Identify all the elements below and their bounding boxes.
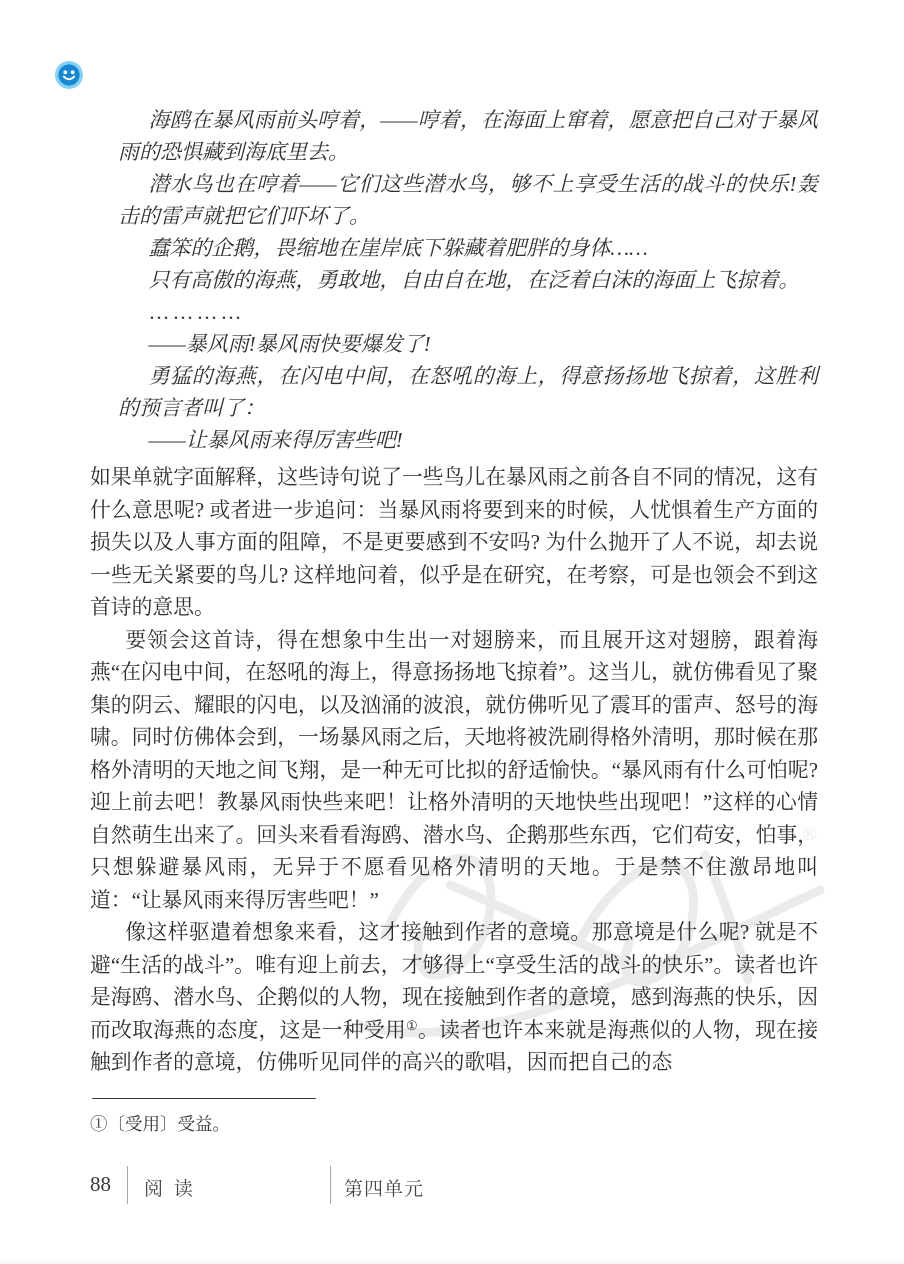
section-label: 阅 读 bbox=[144, 1174, 196, 1201]
quote-line: 潜水鸟也在哼着——它们这些潜水鸟，够不上享受生活的战斗的快乐!轰击的雷声就把它们… bbox=[118, 168, 818, 232]
body-text: 如果单就字面解释，这些诗句说了一些鸟儿在暴风雨之前各自不同的情况，这有什么意思呢… bbox=[90, 462, 818, 1080]
quote-line: 勇猛的海燕，在闪电中间，在怒吼的海上，得意扬扬地飞掠着，这胜利的预言者叫了： bbox=[118, 360, 818, 424]
page-content: 海鸥在暴风雨前头哼着，——哼着，在海面上窜着，愿意把自己对于暴风雨的恐惧藏到海底… bbox=[90, 104, 818, 1136]
footnote-ref-marker: ① bbox=[406, 1018, 418, 1033]
poem-quote-block: 海鸥在暴风雨前头哼着，——哼着，在海面上窜着，愿意把自己对于暴风雨的恐惧藏到海底… bbox=[118, 104, 818, 456]
body-paragraph: 要领会这首诗，得在想象中生出一对翅膀来，而且展开这对翅膀，跟着海燕“在闪电中间，… bbox=[90, 625, 818, 918]
page-edge-shadow bbox=[0, 1258, 904, 1264]
footnote-divider bbox=[92, 1098, 316, 1099]
page-footer: 88 阅 读 第四单元 bbox=[90, 1168, 820, 1204]
body-paragraph: 如果单就字面解释，这些诗句说了一些鸟儿在暴风雨之前各自不同的情况，这有什么意思呢… bbox=[90, 462, 818, 625]
textbook-page: ® 海鸥在暴风雨前头哼着，——哼着，在海面上窜着，愿意把自己对于暴风雨的恐惧藏到… bbox=[0, 0, 904, 1264]
quote-line: 海鸥在暴风雨前头哼着，——哼着，在海面上窜着，愿意把自己对于暴风雨的恐惧藏到海底… bbox=[118, 104, 818, 168]
body-paragraph: 像这样驱遣着想象来看，这才接触到作者的意境。那意境是什么呢? 就是不避“生活的战… bbox=[90, 917, 818, 1080]
quote-line: ——暴风雨!暴风雨快要爆发了! bbox=[118, 328, 818, 360]
footer-divider bbox=[330, 1166, 331, 1204]
quote-line: 蠢笨的企鹅，畏缩地在崖岸底下躲藏着肥胖的身体…… bbox=[118, 232, 818, 264]
quote-ellipsis-line: ………… bbox=[118, 296, 818, 328]
quote-line: ——让暴风雨来得厉害些吧! bbox=[118, 424, 818, 456]
page-number: 88 bbox=[90, 1172, 111, 1197]
unit-label: 第四单元 bbox=[344, 1174, 424, 1201]
smiley-icon bbox=[54, 60, 84, 90]
footer-divider bbox=[127, 1166, 128, 1204]
quote-line: 只有高傲的海燕，勇敢地，自由自在地，在泛着白沫的海面上飞掠着。 bbox=[118, 264, 818, 296]
footnote-text: ①〔受用〕受益。 bbox=[90, 1111, 818, 1136]
